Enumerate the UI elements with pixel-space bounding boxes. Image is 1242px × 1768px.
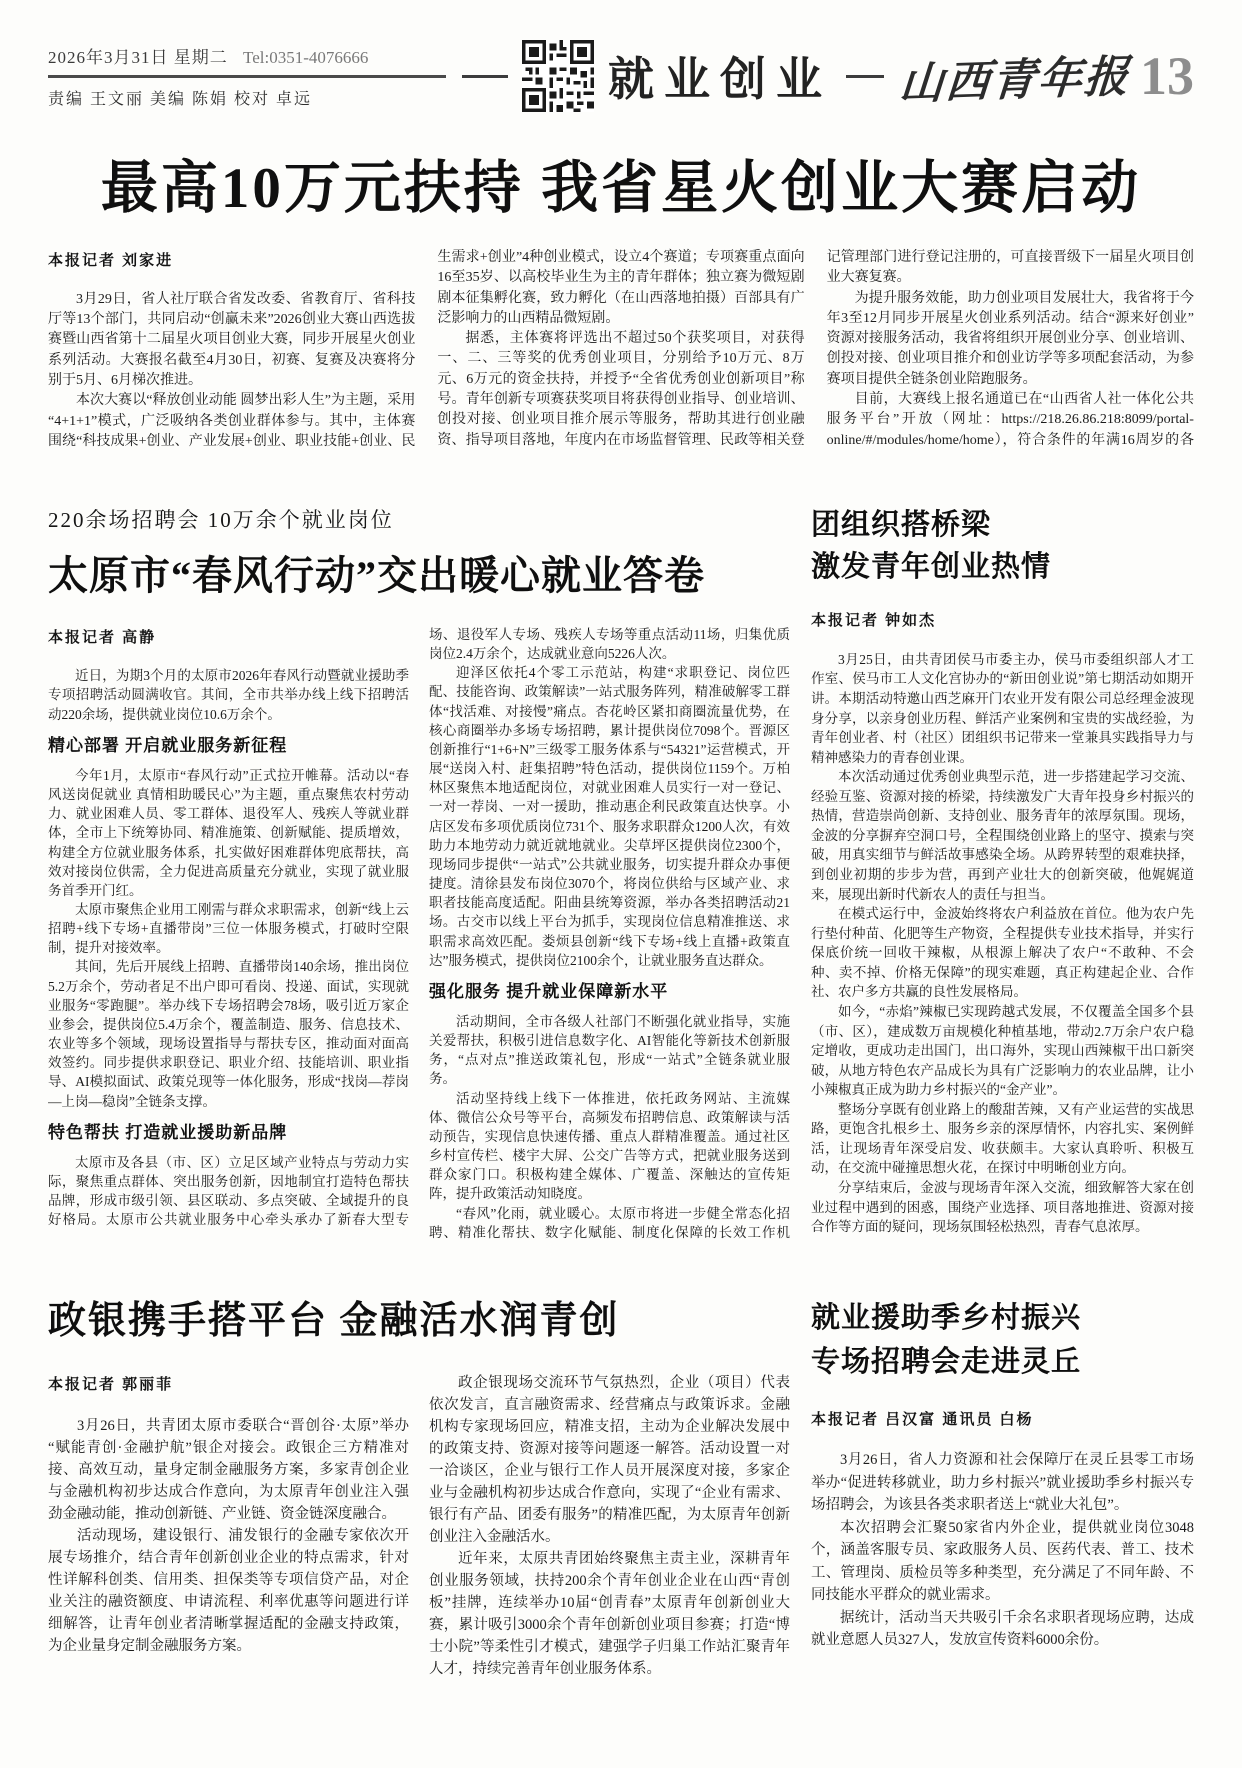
header-center: 就业创业 — [462, 40, 884, 112]
middle-band: 220余场招聘会 10万余个就业岗位 太原市“春风行动”交出暖心就业答卷 本报记… — [48, 504, 1194, 1253]
paragraph: 政企银现场交流环节气氛热烈，企业（项目）代表依次发言，直言融资需求、经营痛点与政… — [429, 1372, 790, 1548]
headline-line-2: 专场招聘会走进灵丘 — [811, 1341, 1194, 1385]
page-header: 2026年3月31日 星期二 Tel:0351-4076666 责编 王文丽 美… — [48, 40, 1194, 112]
paragraph: 在模式运行中，金波始终将农户利益放在首位。他为农户先行垫付种苗、化肥等生产物资，… — [811, 904, 1194, 1002]
paragraph: 如今，“赤焰”辣椒已实现跨越式发展，不仅覆盖全国多个县（市、区），建成数万亩规模… — [811, 1002, 1194, 1100]
right-rule — [846, 75, 884, 78]
article-league-bridge-byline: 本报记者 钟如杰 — [811, 610, 1194, 632]
paragraph: 活动现场，建设银行、浦发银行的金融专家依次开展专场推介，结合青年创新创业企业的特… — [48, 1525, 409, 1657]
paragraph: 3月29日，省人社厅联合省发改委、省教育厅、省科技厅等13个部门，共同启动“创赢… — [48, 290, 415, 391]
article-lingqiu: 就业援助季乡村振兴 专场招聘会走进灵丘 本报记者 吕汉富 通讯员 白杨 3月26… — [811, 1283, 1194, 1768]
paragraph: 3月26日，共青团太原市委联合“晋创谷·太原”举办“赋能青创·金融护航”银企对接… — [48, 1415, 409, 1525]
article-league-bridge-body: 本报记者 钟如杰 3月25日，由共青团侯马市委主办，侯马市委组织部人才工作室、侯… — [811, 610, 1194, 1237]
paragraph: 分享结束后，金波与现场青年深入交流，细致解答大家在创业过程中遇到的困惑，围绕产业… — [811, 1178, 1194, 1237]
paragraph: 其间，先后开展线上招聘、直播带岗140余场，推出岗位5.2万余个，劳动者足不出户… — [48, 957, 409, 1110]
telephone: Tel:0351-4076666 — [243, 48, 368, 67]
article-finance: 政银携手搭平台 金融活水润青创 本报记者 郭丽菲 3月26日，共青团太原市委联合… — [48, 1283, 790, 1768]
headline-line-1: 团组织搭桥梁 — [811, 504, 1194, 546]
paragraph: 迎泽区依托4个零工示范站，构建“求职登记、岗位匹配、技能咨询、政策解读”一站式服… — [429, 663, 790, 970]
article-league-bridge: 团组织搭桥梁 激发青年创业热情 本报记者 钟如杰 3月25日，由共青团侯马市委主… — [811, 504, 1194, 1253]
left-rule — [462, 75, 508, 78]
headline-line-1: 就业援助季乡村振兴 — [811, 1297, 1194, 1341]
article-spark-byline: 本报记者 刘家进 — [48, 250, 415, 272]
paragraph: 活动坚持线上线下一体推进，依托政务网站、主流媒体、微信公众号等平台，高频发布招聘… — [429, 1089, 790, 1204]
paragraph: 3月26日，省人力资源和社会保障厅在灵丘县零工市场举办“促进转移就业，助力乡村振… — [811, 1449, 1194, 1516]
subhead: 特色帮扶 打造就业援助新品牌 — [48, 1121, 409, 1145]
newspaper-logo: 山西青年报 — [897, 40, 1132, 112]
headline-line-2: 激发青年创业热情 — [811, 546, 1194, 588]
section-title: 就业创业 — [608, 43, 832, 109]
article-league-bridge-headline: 团组织搭桥梁 激发青年创业热情 — [811, 504, 1194, 588]
header-right: 山西青年报 13 — [900, 44, 1194, 108]
article-finance-headline: 政银携手搭平台 金融活水润青创 — [48, 1289, 790, 1344]
header-divider — [48, 75, 446, 78]
page-number: 13 — [1140, 49, 1194, 103]
article-spring-breeze-headline: 太原市“春风行动”交出暖心就业答卷 — [48, 544, 790, 601]
article-spring-breeze: 220余场招聘会 10万余个就业岗位 太原市“春风行动”交出暖心就业答卷 本报记… — [48, 504, 790, 1253]
article-lingqiu-body: 本报记者 吕汉富 通讯员 白杨 3月26日，省人力资源和社会保障厅在灵丘县零工市… — [811, 1408, 1194, 1651]
article-lingqiu-headline: 就业援助季乡村振兴 专场招聘会走进灵丘 — [811, 1297, 1194, 1384]
article-finance-byline: 本报记者 郭丽菲 — [48, 1374, 409, 1397]
header-left: 2026年3月31日 星期二 Tel:0351-4076666 责编 王文丽 美… — [48, 43, 446, 109]
paragraph: 活动期间，全市各级人社部门不断强化就业指导，实施关爱帮扶，积极引进信息数字化、A… — [429, 1012, 790, 1089]
qr-code-icon — [522, 40, 594, 112]
paragraph: 据统计，活动当天共吸引千余名求职者现场应聘，达成就业意愿人员327人，发放宣传资… — [811, 1607, 1194, 1652]
paragraph: 近日，为期3个月的太原市2026年春风行动暨就业援助季专项招聘活动圆满收官。其间… — [48, 666, 409, 723]
article-spark: 最高10万元扶持 我省星火创业大赛启动 本报记者 刘家进 3月29日，省人社厅联… — [48, 142, 1194, 472]
date-line: 2026年3月31日 星期二 Tel:0351-4076666 — [48, 43, 446, 68]
paragraph: 今年1月，太原市“春风行动”正式拉开帷幕。活动以“春风送岗促就业 真情相助暖民心… — [48, 766, 409, 900]
bottom-band: 政银携手搭平台 金融活水润青创 本报记者 郭丽菲 3月26日，共青团太原市委联合… — [48, 1283, 1194, 1768]
article-spring-breeze-kicker: 220余场招聘会 10万余个就业岗位 — [48, 504, 790, 534]
staff-line: 责编 王文丽 美编 陈娟 校对 卓远 — [48, 86, 446, 109]
paragraph: 本次活动通过优秀创业典型示范，进一步搭建起学习交流、经验互鉴、资源对接的桥梁，持… — [811, 767, 1194, 904]
article-lingqiu-byline: 本报记者 吕汉富 通讯员 白杨 — [811, 1408, 1194, 1431]
date-text: 2026年3月31日 星期二 — [48, 48, 228, 67]
article-spring-breeze-byline: 本报记者 高静 — [48, 627, 409, 648]
article-spark-headline: 最高10万元扶持 我省星火创业大赛启动 — [48, 142, 1194, 224]
subhead: 精心部署 开启就业服务新征程 — [48, 734, 409, 758]
paragraph: 整场分享既有创业路上的酸甜苦辣，又有产业运营的实战思路，更饱含扎根乡土、服务乡亲… — [811, 1100, 1194, 1178]
paragraph: 为提升服务效能，助力创业项目发展壮大，我省将于今年3至12月同步开展星火创业系列… — [827, 289, 1194, 390]
newspaper-page: 2026年3月31日 星期二 Tel:0351-4076666 责编 王文丽 美… — [0, 0, 1242, 1768]
paragraph: 太原市聚焦企业用工刚需与群众求职需求，创新“线上云招聘+线下专场+直播带岗”三位… — [48, 900, 409, 957]
article-spark-body: 本报记者 刘家进 3月29日，省人社厅联合省发改委、省教育厅、省科技厅等13个部… — [48, 248, 1194, 472]
paragraph: 3月25日，由共青团侯马市委主办，侯马市委组织部人才工作室、侯马市工人文化宫协办… — [811, 650, 1194, 767]
paragraph: 本次招聘会汇聚50家省内外企业，提供就业岗位3048个，涵盖客服专员、家政服务人… — [811, 1517, 1194, 1607]
paragraph: 近年来，太原共青团始终聚焦主责主业，深耕青年创业服务领域，扶持200余个青年创业… — [429, 1548, 790, 1680]
article-finance-body: 本报记者 郭丽菲 3月26日，共青团太原市委联合“晋创谷·太原”举办“赋能青创·… — [48, 1372, 790, 1768]
subhead: 强化服务 提升就业保障新水平 — [429, 980, 790, 1004]
article-spring-breeze-body: 本报记者 高静 近日，为期3个月的太原市2026年春风行动暨就业援助季专项招聘活… — [48, 625, 790, 1253]
